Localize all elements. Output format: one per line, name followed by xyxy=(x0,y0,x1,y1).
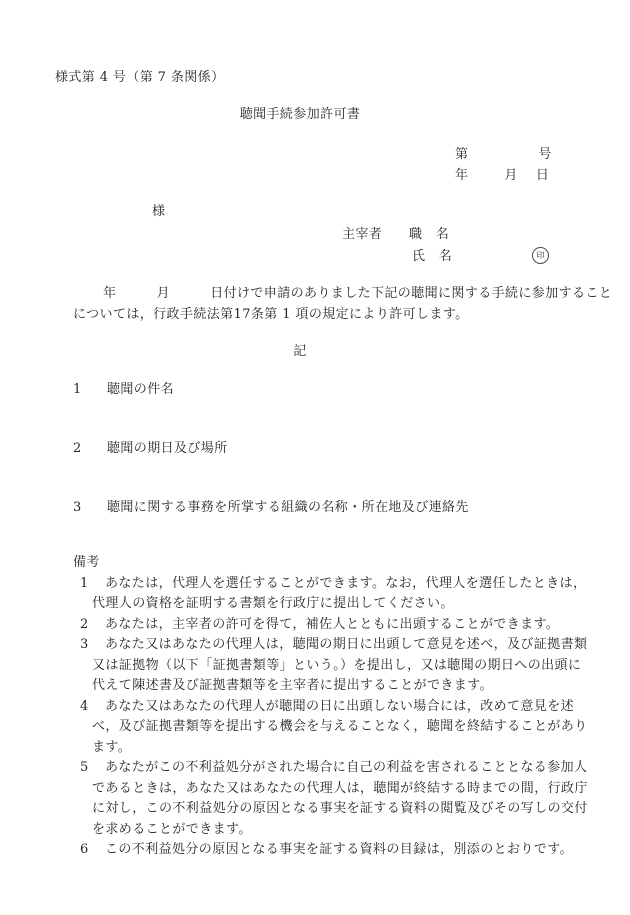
date-day-label: 日 xyxy=(536,168,549,183)
remark-item-line: あなたは，代理人を選任することができます。なお，代理人を選任したときは， xyxy=(92,574,590,595)
addressee-honorific: 様 xyxy=(152,204,165,219)
presider-name-label: 氏 名 xyxy=(412,249,452,264)
main-item-text: 聴聞の期日及び場所 xyxy=(107,441,228,456)
date-year-label: 年 xyxy=(455,168,468,183)
remark-item-line: この不利益処分の原因となる事実を証する資料の目録は，別添のとおりです。 xyxy=(92,840,590,861)
remark-item: 2 あなたは，主宰者の許可を得て，補佐人とともに出頭することができます。 xyxy=(92,615,590,636)
presider-title-line: 主宰者 職 名 xyxy=(342,227,449,242)
remark-item-line: あなたは，主宰者の許可を得て，補佐人とともに出頭することができます。 xyxy=(92,615,590,636)
seal-character: 印 xyxy=(537,248,545,263)
remark-item-line: あなた又はあなたの代理人が聴聞の日に出頭しない場合には，改めて意見を述 xyxy=(92,697,590,718)
remark-item: 4 あなた又はあなたの代理人が聴聞の日に出頭しない場合には，改めて意見を述 べ，… xyxy=(92,697,590,759)
remark-item-number: 2 xyxy=(80,615,89,636)
remark-item: 6 この不利益処分の原因となる事実を証する資料の目録は，別添のとおりです。 xyxy=(92,840,590,861)
document-number-line: 第号 xyxy=(455,147,552,162)
remark-item-line: あなた又はあなたの代理人は，聴聞の期日に出頭して意見を述べ，及び証拠書類 xyxy=(92,635,590,656)
remarks-section: 備考 1 あなたは，代理人を選任することができます。なお，代理人を選任したときは… xyxy=(0,553,630,861)
remark-item-number: 5 xyxy=(80,758,89,779)
remark-item-line: 又は証拠物（以下「証拠書類等」という。）を提出し，又は聴聞の期日への出頭に xyxy=(92,656,590,677)
remark-item-number: 3 xyxy=(80,635,89,656)
doc-number-prefix: 第 xyxy=(455,147,468,162)
body-paragraph-line1: 年 月 日付けで申請のありました下記の聴聞に関する手続に参加すること xyxy=(103,286,612,301)
body-paragraph-line2: については，行政手続法第17条第 1 項の規定により許可します。 xyxy=(73,307,469,322)
remark-item-line: あなたがこの不利益処分がされた場合に自己の利益を害されることとなる参加人 xyxy=(92,758,590,779)
main-item-text: 聴聞に関する事務を所掌する組織の名称・所在地及び連絡先 xyxy=(107,500,469,515)
presider-name-line: 氏 名 印 xyxy=(412,249,452,264)
main-item-number: 3 xyxy=(73,500,107,515)
main-item-organization: 3聴聞に関する事務を所掌する組織の名称・所在地及び連絡先 xyxy=(73,500,469,515)
remark-item-number: 4 xyxy=(80,697,89,718)
main-item-text: 聴聞の件名 xyxy=(107,382,174,397)
remark-item-line: べ，及び証拠書類等を提出する機会を与えることなく，聴聞を終結することがあり xyxy=(92,717,590,738)
date-line: 年月日 xyxy=(455,168,549,183)
record-marker: 記 xyxy=(0,344,600,359)
main-item-number: 1 xyxy=(73,382,107,397)
main-item-number: 2 xyxy=(73,441,107,456)
date-month-label: 月 xyxy=(504,168,517,183)
remark-item-number: 6 xyxy=(80,840,89,861)
remark-item-line: 代理人の資格を証明する書類を行政庁に提出してください。 xyxy=(92,594,590,615)
doc-number-suffix: 号 xyxy=(538,147,551,162)
remark-item: 1 あなたは，代理人を選任することができます。なお，代理人を選任したときは， 代… xyxy=(92,574,590,615)
remark-item-line: を求めることができます。 xyxy=(92,820,590,841)
remark-item-line: に対し，この不利益処分の原因となる事実を証する資料の閲覧及びその写しの交付 xyxy=(92,799,590,820)
remark-item: 3 あなた又はあなたの代理人は，聴聞の期日に出頭して意見を述べ，及び証拠書類 又… xyxy=(92,635,590,697)
document-page: 様式第 4 号（第 7 条関係） 聴聞手続参加許可書 第号 年月日 様 主宰者 … xyxy=(0,0,630,915)
main-item-subject: 1聴聞の件名 xyxy=(73,382,174,397)
remark-item-line: 代えて陳述書及び証拠書類等を主宰者に提出することができます。 xyxy=(92,676,590,697)
main-item-date-place: 2聴聞の期日及び場所 xyxy=(73,441,228,456)
remark-item-line: であるときは，あなた又はあなたの代理人は，聴聞が終結する時までの間，行政庁 xyxy=(92,779,590,800)
page-title: 聴聞手続参加許可書 xyxy=(0,107,600,122)
remark-item-line: ます。 xyxy=(92,738,590,759)
remarks-label: 備考 xyxy=(73,553,630,574)
seal-icon: 印 xyxy=(532,247,549,264)
remark-item-number: 1 xyxy=(80,574,89,595)
form-number: 様式第 4 号（第 7 条関係） xyxy=(55,70,224,85)
remark-item: 5 あなたがこの不利益処分がされた場合に自己の利益を害されることとなる参加人 で… xyxy=(92,758,590,840)
